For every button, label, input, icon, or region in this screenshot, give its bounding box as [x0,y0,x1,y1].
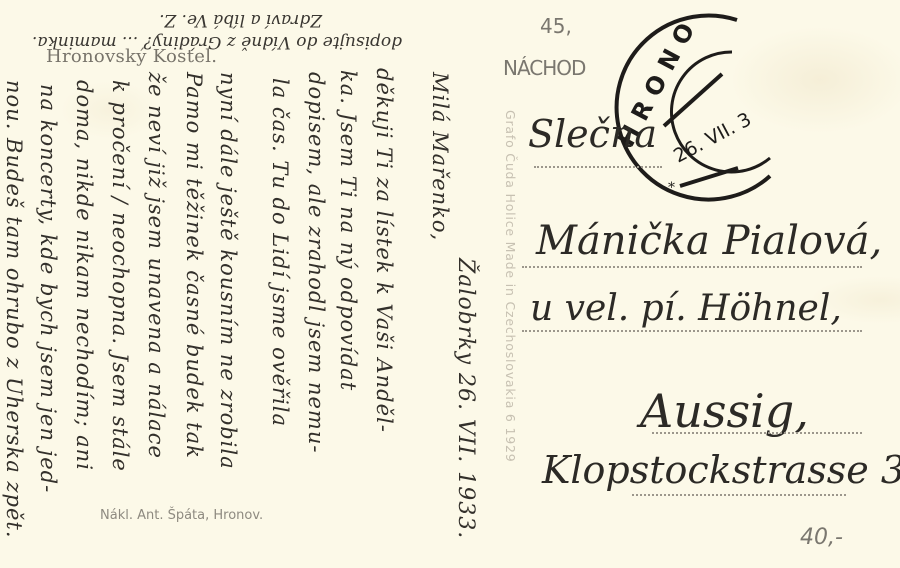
address-dotline-4 [652,432,862,434]
printer-imprint: Grafo Čuda Holice Made in Czechoslovakia… [503,110,518,462]
message-line-4: dopisem, ale zrahodl jsem nemu- [304,72,328,453]
address-street: Klopstockstrasse 3. [542,448,900,492]
message-line-6: nyní dále ještě kousním ne zrobila [216,72,240,470]
message-line-5: la čas. Tu do Lidí jsme ověřila [268,78,292,427]
message-line-3: ka. Jsem Ti na ný odpovídat [336,70,360,391]
address-city: Aussig, [640,384,809,438]
message-line-8: že neví již jsem unavena a nálace [144,72,168,459]
address-dotline-2 [522,266,862,268]
postcard-back: Zdraví a líbá Ve. Z. dopisujte do Vídně … [0,0,900,568]
top-margin-line-1: Zdraví a líbá Ve. Z. [159,10,322,30]
message-line-10: doma, nikde nikam nechodím; ani [72,80,96,471]
address-dotline-5 [632,494,846,496]
address-care-of: u vel. pí. Höhnel, [530,288,842,329]
message-line-11: na koncerty, kde bych jsem jen jed- [36,84,60,493]
pencil-note-number: 45, [540,14,572,38]
place-date-line: Žalobrky 26. VII. 1933. [453,258,478,539]
message-line-9: k pročení / neochopna. Jsem stále [108,80,132,472]
address-name: Mánička Pialová, [536,218,882,264]
postmark-star: * [668,180,675,196]
pencil-note-price: 40,- [800,525,843,550]
message-line-2: děkuji Ti za lístek k Vaši Anděl- [372,68,396,433]
publisher-imprint: Nákl. Ant. Špáta, Hronov. [100,508,263,523]
message-line-12: nou. Budeš tam ohrubo z Uherska zpět. [2,80,26,539]
pencil-note-town: NÁCHOD [503,56,585,80]
address-dotline-1 [534,166,662,168]
printed-caption: Hronovský Kostel. [46,46,217,67]
message-line-1: Milá Mařenko, [428,72,452,241]
message-line-7: Pamo mi těžinek časné budek tak [182,72,206,459]
address-dotline-3 [522,330,862,332]
address-salutation: Slečna [528,112,657,156]
